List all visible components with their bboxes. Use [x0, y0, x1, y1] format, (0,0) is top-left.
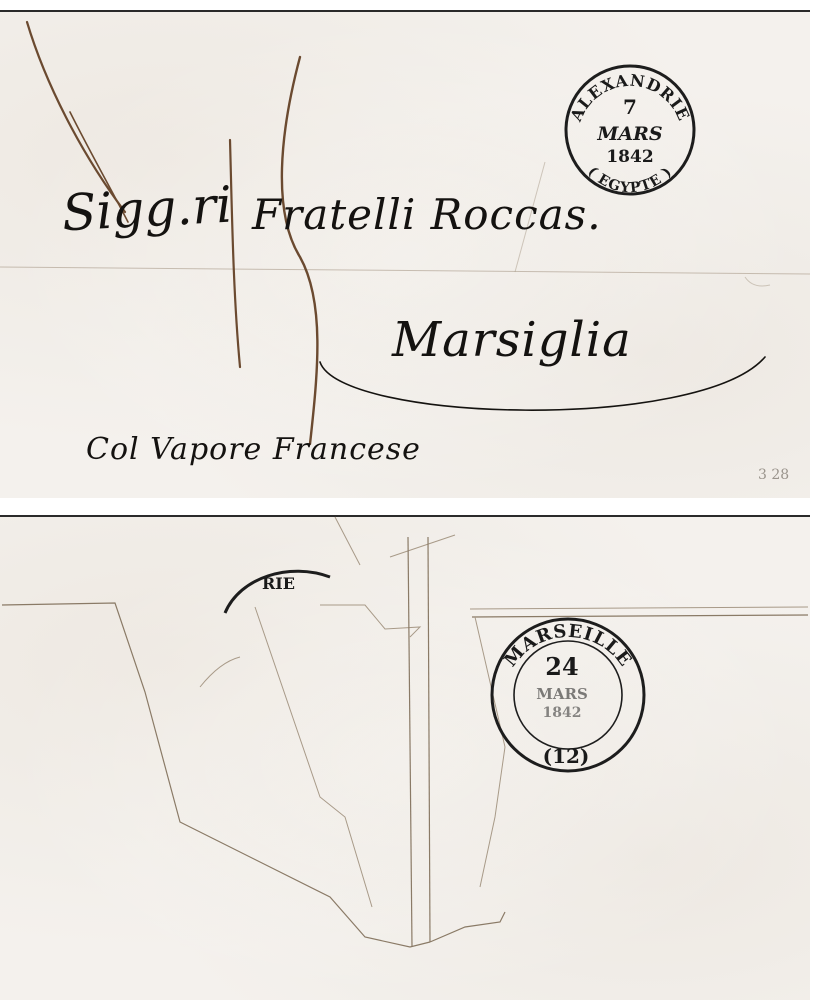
cover-front: ALEXANDRIE 7 MARS 1842 ( EGYPTE ) Sigg.r… — [0, 10, 810, 498]
addressee-name: Fratelli Roccas. — [252, 190, 602, 239]
paper-tear — [745, 277, 770, 286]
partial-alexandrie-postmark: RIE — [225, 571, 330, 613]
destination-city: Marsiglia — [392, 312, 632, 368]
pencil-note: 3 28 — [758, 467, 789, 483]
letter-fold-lines — [2, 517, 808, 947]
cover-front-artwork: ALEXANDRIE 7 MARS 1842 ( EGYPTE ) — [0, 12, 810, 498]
postmark-month: MARS — [596, 123, 662, 145]
postmark-day: 7 — [623, 95, 637, 119]
postmark-month: MARS — [536, 685, 588, 703]
postmark-year: 1842 — [606, 147, 653, 167]
postmark-district: (12) — [543, 744, 590, 768]
cover-back-artwork: RIE MARSEILLE 24 MARS 1842 (12) — [0, 517, 810, 1000]
salutation: Sigg.ri — [61, 176, 234, 243]
partial-postmark-text: RIE — [262, 574, 295, 593]
fold-crease — [0, 267, 810, 274]
routing-note: Col Vapore Francese — [86, 432, 421, 467]
postmark-day: 24 — [545, 652, 578, 681]
alexandrie-postmark: ALEXANDRIE 7 MARS 1842 ( EGYPTE ) — [566, 66, 694, 196]
cover-back: RIE MARSEILLE 24 MARS 1842 (12) — [0, 515, 810, 1000]
marseille-postmark: MARSEILLE 24 MARS 1842 (12) — [492, 619, 644, 771]
postmark-year: 1842 — [543, 705, 582, 721]
